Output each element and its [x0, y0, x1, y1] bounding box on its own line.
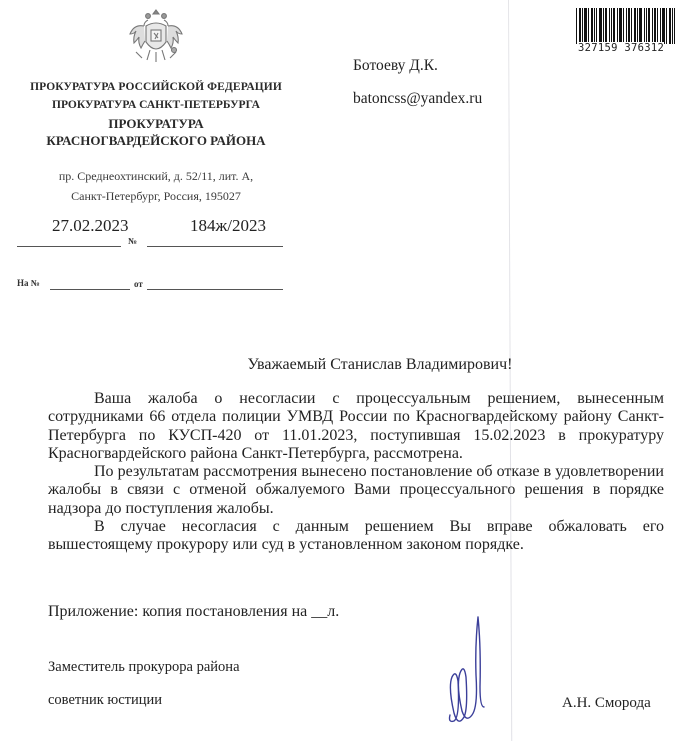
russian-coat-of-arms-icon [126, 6, 186, 70]
reply-number-line [50, 289, 130, 290]
barcode: 327159 376312 [576, 8, 694, 54]
recipient-name: Ботоеву Д.К. [353, 57, 438, 75]
signatory-name: А.Н. Сморода [562, 695, 651, 712]
address-street: пр. Среднеохтинский, д. 52/11, лит. А, [0, 169, 312, 184]
handwritten-signature-icon [440, 590, 520, 740]
org-name-city: ПРОКУРАТУРА САНКТ-ПЕТЕРБУРГА [0, 99, 312, 111]
attachment-note: Приложение: копия постановления на __л. [48, 603, 339, 621]
barcode-bars [576, 8, 694, 44]
org-name-district-line1: ПРОКУРАТУРА [0, 116, 312, 132]
salutation: Уважаемый Станислав Владимирович! [0, 356, 700, 374]
number-label: № [128, 236, 137, 246]
paragraph-result: По результатам рассмотрения вынесено пос… [48, 463, 664, 518]
org-name-federal: ПРОКУРАТУРА РОССИЙСКОЙ ФЕДЕРАЦИИ [0, 81, 312, 93]
signatory-rank: советник юстиции [48, 692, 162, 709]
letter-body: Ваша жалоба о несогласии с процессуальны… [48, 390, 664, 555]
registration-date: 27.02.2023 [52, 216, 129, 236]
recipient-email: batoncss@yandex.ru [353, 90, 482, 108]
address-city: Санкт-Петербург, Россия, 195027 [0, 189, 312, 204]
number-underline [147, 246, 283, 247]
paragraph-appeal: В случае несогласия с данным решением Вы… [48, 518, 664, 555]
barcode-number: 327159 376312 [578, 42, 664, 54]
reply-to-label: На № [17, 278, 40, 288]
registration-number: 184ж/2023 [190, 216, 266, 236]
signatory-position: Заместитель прокурора района [48, 659, 240, 676]
org-name-district-line2: КРАСНОГВАРДЕЙСКОГО РАЙОНА [0, 133, 312, 149]
reply-date-line [147, 289, 283, 290]
date-underline [17, 246, 121, 247]
paragraph-complaint: Ваша жалоба о несогласии с процессуальны… [48, 390, 664, 463]
from-label: от [134, 279, 143, 289]
